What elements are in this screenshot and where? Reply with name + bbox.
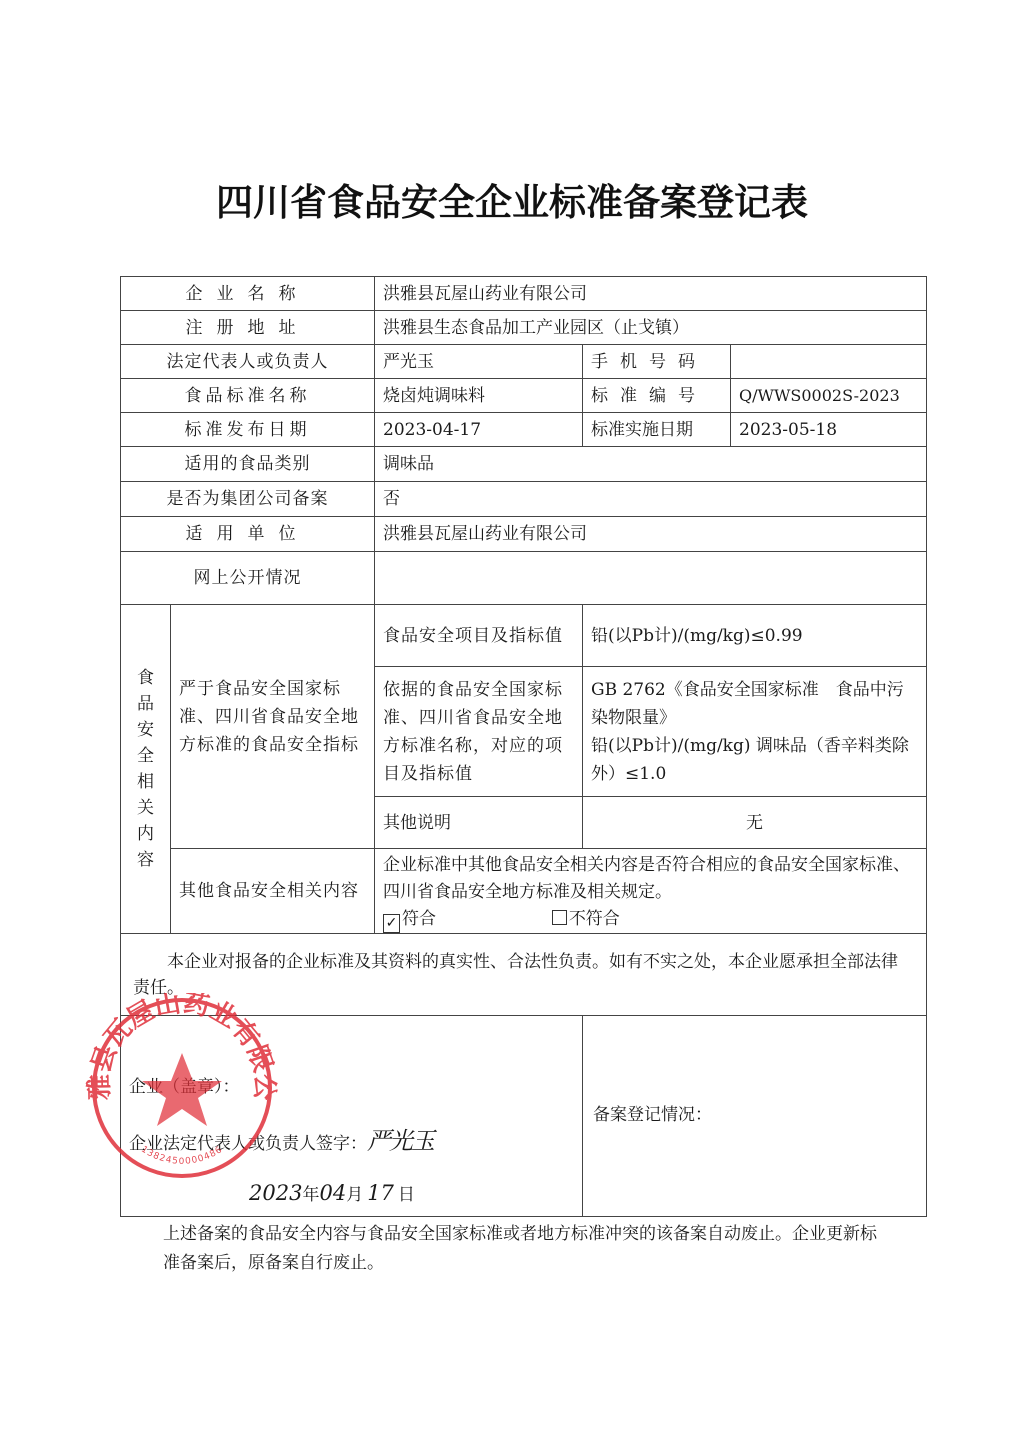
row-release-date: 标准发布日期 2023-04-17 标准实施日期 2023-05-18 bbox=[121, 413, 927, 447]
label-stricter-indicators: 严于食品安全国家标准、四川省食品安全地方标准的食品安全指标 bbox=[171, 605, 375, 849]
value-legal-rep: 严光玉 bbox=[375, 345, 583, 379]
row-signature: 企业（盖章）： 企业法定代表人或负责人签字：严光玉 2023年04月17日 备案… bbox=[121, 1016, 927, 1217]
value-applicable-unit: 洪雅县瓦屋山药业有限公司 bbox=[375, 517, 927, 552]
seal-label: 企业（盖章）： bbox=[129, 1074, 240, 1100]
row-food-category: 适用的食品类别 调味品 bbox=[121, 447, 927, 482]
sign-date: 2023年04月17日 bbox=[249, 1180, 415, 1208]
value-safety-item: 铅(以Pb计)/(mg/kg)≤0.99 bbox=[583, 605, 927, 667]
checkbox-nonconform[interactable] bbox=[552, 910, 567, 925]
label-legal-rep: 法定代表人或负责人 bbox=[121, 345, 375, 379]
value-other-content: 企业标准中其他食品安全相关内容是否符合相应的食品安全国家标准、四川省食品安全地方… bbox=[375, 849, 927, 934]
label-standard-number: 标准编号 bbox=[583, 379, 731, 413]
row-online-disclosure: 网上公开情况 bbox=[121, 552, 927, 605]
row-legal-rep: 法定代表人或负责人 严光玉 手机号码 bbox=[121, 345, 927, 379]
row-applicable-unit: 适用单位 洪雅县瓦屋山药业有限公司 bbox=[121, 517, 927, 552]
label-registered-address: 注册地址 bbox=[121, 311, 375, 345]
value-release-date: 2023-04-17 bbox=[375, 413, 583, 447]
label-other-note: 其他说明 bbox=[375, 797, 583, 849]
handwritten-signature: 严光玉 bbox=[367, 1127, 433, 1155]
value-impl-date: 2023-05-18 bbox=[731, 413, 927, 447]
filing-status-label: 备案登记情况： bbox=[593, 1102, 712, 1128]
row-standard-name: 食品标准名称 烧卤炖调味料 标准编号 Q/WWS0002S-2023 bbox=[121, 379, 927, 413]
basis-standard: GB 2762《食品安全国家标准 食品中污染物限量》 bbox=[591, 676, 918, 732]
declaration-text: 本企业对报备的企业标准及其资料的真实性、合法性负责。如有不实之处，本企业愿承担全… bbox=[121, 934, 927, 1016]
value-standard-name: 烧卤炖调味料 bbox=[375, 379, 583, 413]
label-online-disclosure: 网上公开情况 bbox=[121, 552, 375, 605]
filing-status-cell: 备案登记情况： bbox=[583, 1016, 927, 1217]
value-phone bbox=[731, 345, 927, 379]
row-group-filing: 是否为集团公司备案 否 bbox=[121, 482, 927, 517]
signature-line: 企业法定代表人或负责人签字：严光玉 bbox=[129, 1128, 433, 1157]
label-conform: 符合 bbox=[402, 909, 436, 929]
value-registered-address: 洪雅县生态食品加工产业园区（止戈镇） bbox=[375, 311, 927, 345]
label-release-date: 标准发布日期 bbox=[121, 413, 375, 447]
label-safety-basis: 依据的食品安全国家标准、四川省食品安全地方标准名称，对应的项目及指标值 bbox=[375, 667, 583, 797]
signature-cell: 企业（盖章）： 企业法定代表人或负责人签字：严光玉 2023年04月17日 bbox=[121, 1016, 583, 1217]
label-nonconform: 不符合 bbox=[569, 909, 620, 929]
row-declaration: 本企业对报备的企业标准及其资料的真实性、合法性负责。如有不实之处，本企业愿承担全… bbox=[121, 934, 927, 1016]
row-safety-item: 食品安全相关内容 严于食品安全国家标准、四川省食品安全地方标准的食品安全指标 食… bbox=[121, 605, 927, 667]
page-title: 四川省食品安全企业标准备案登记表 bbox=[0, 172, 1024, 226]
value-company-name: 洪雅县瓦屋山药业有限公司 bbox=[375, 277, 927, 311]
label-phone: 手机号码 bbox=[583, 345, 731, 379]
row-company-name: 企业名称 洪雅县瓦屋山药业有限公司 bbox=[121, 277, 927, 311]
other-content-text: 企业标准中其他食品安全相关内容是否符合相应的食品安全国家标准、四川省食品安全地方… bbox=[383, 852, 918, 906]
value-online-disclosure bbox=[375, 552, 927, 605]
value-standard-number: Q/WWS0002S-2023 bbox=[731, 379, 927, 413]
basis-indicator: 铅(以Pb计)/(mg/kg) 调味品（香辛料类除外）≤1.0 bbox=[591, 732, 918, 788]
row-other-content: 其他食品安全相关内容 企业标准中其他食品安全相关内容是否符合相应的食品安全国家标… bbox=[121, 849, 927, 934]
label-company-name: 企业名称 bbox=[121, 277, 375, 311]
label-safety-item: 食品安全项目及指标值 bbox=[375, 605, 583, 667]
label-impl-date: 标准实施日期 bbox=[583, 413, 731, 447]
row-registered-address: 注册地址 洪雅县生态食品加工产业园区（止戈镇） bbox=[121, 311, 927, 345]
footnote: 上述备案的食品安全内容与食品安全国家标准或者地方标准冲突的该备案自动废止。企业更… bbox=[163, 1220, 883, 1278]
value-food-category: 调味品 bbox=[375, 447, 927, 482]
value-group-filing: 否 bbox=[375, 482, 927, 517]
label-other-content: 其他食品安全相关内容 bbox=[171, 849, 375, 934]
section-label-safety: 食品安全相关内容 bbox=[121, 605, 171, 934]
label-standard-name: 食品标准名称 bbox=[121, 379, 375, 413]
value-other-note: 无 bbox=[583, 797, 927, 849]
filing-form-table: 企业名称 洪雅县瓦屋山药业有限公司 注册地址 洪雅县生态食品加工产业园区（止戈镇… bbox=[120, 276, 927, 1217]
value-safety-basis: GB 2762《食品安全国家标准 食品中污染物限量》 铅(以Pb计)/(mg/k… bbox=[583, 667, 927, 797]
label-applicable-unit: 适用单位 bbox=[121, 517, 375, 552]
label-food-category: 适用的食品类别 bbox=[121, 447, 375, 482]
sign-label: 企业法定代表人或负责人签字： bbox=[129, 1134, 367, 1154]
checkbox-conform[interactable]: ✓ bbox=[383, 914, 400, 933]
label-group-filing: 是否为集团公司备案 bbox=[121, 482, 375, 517]
